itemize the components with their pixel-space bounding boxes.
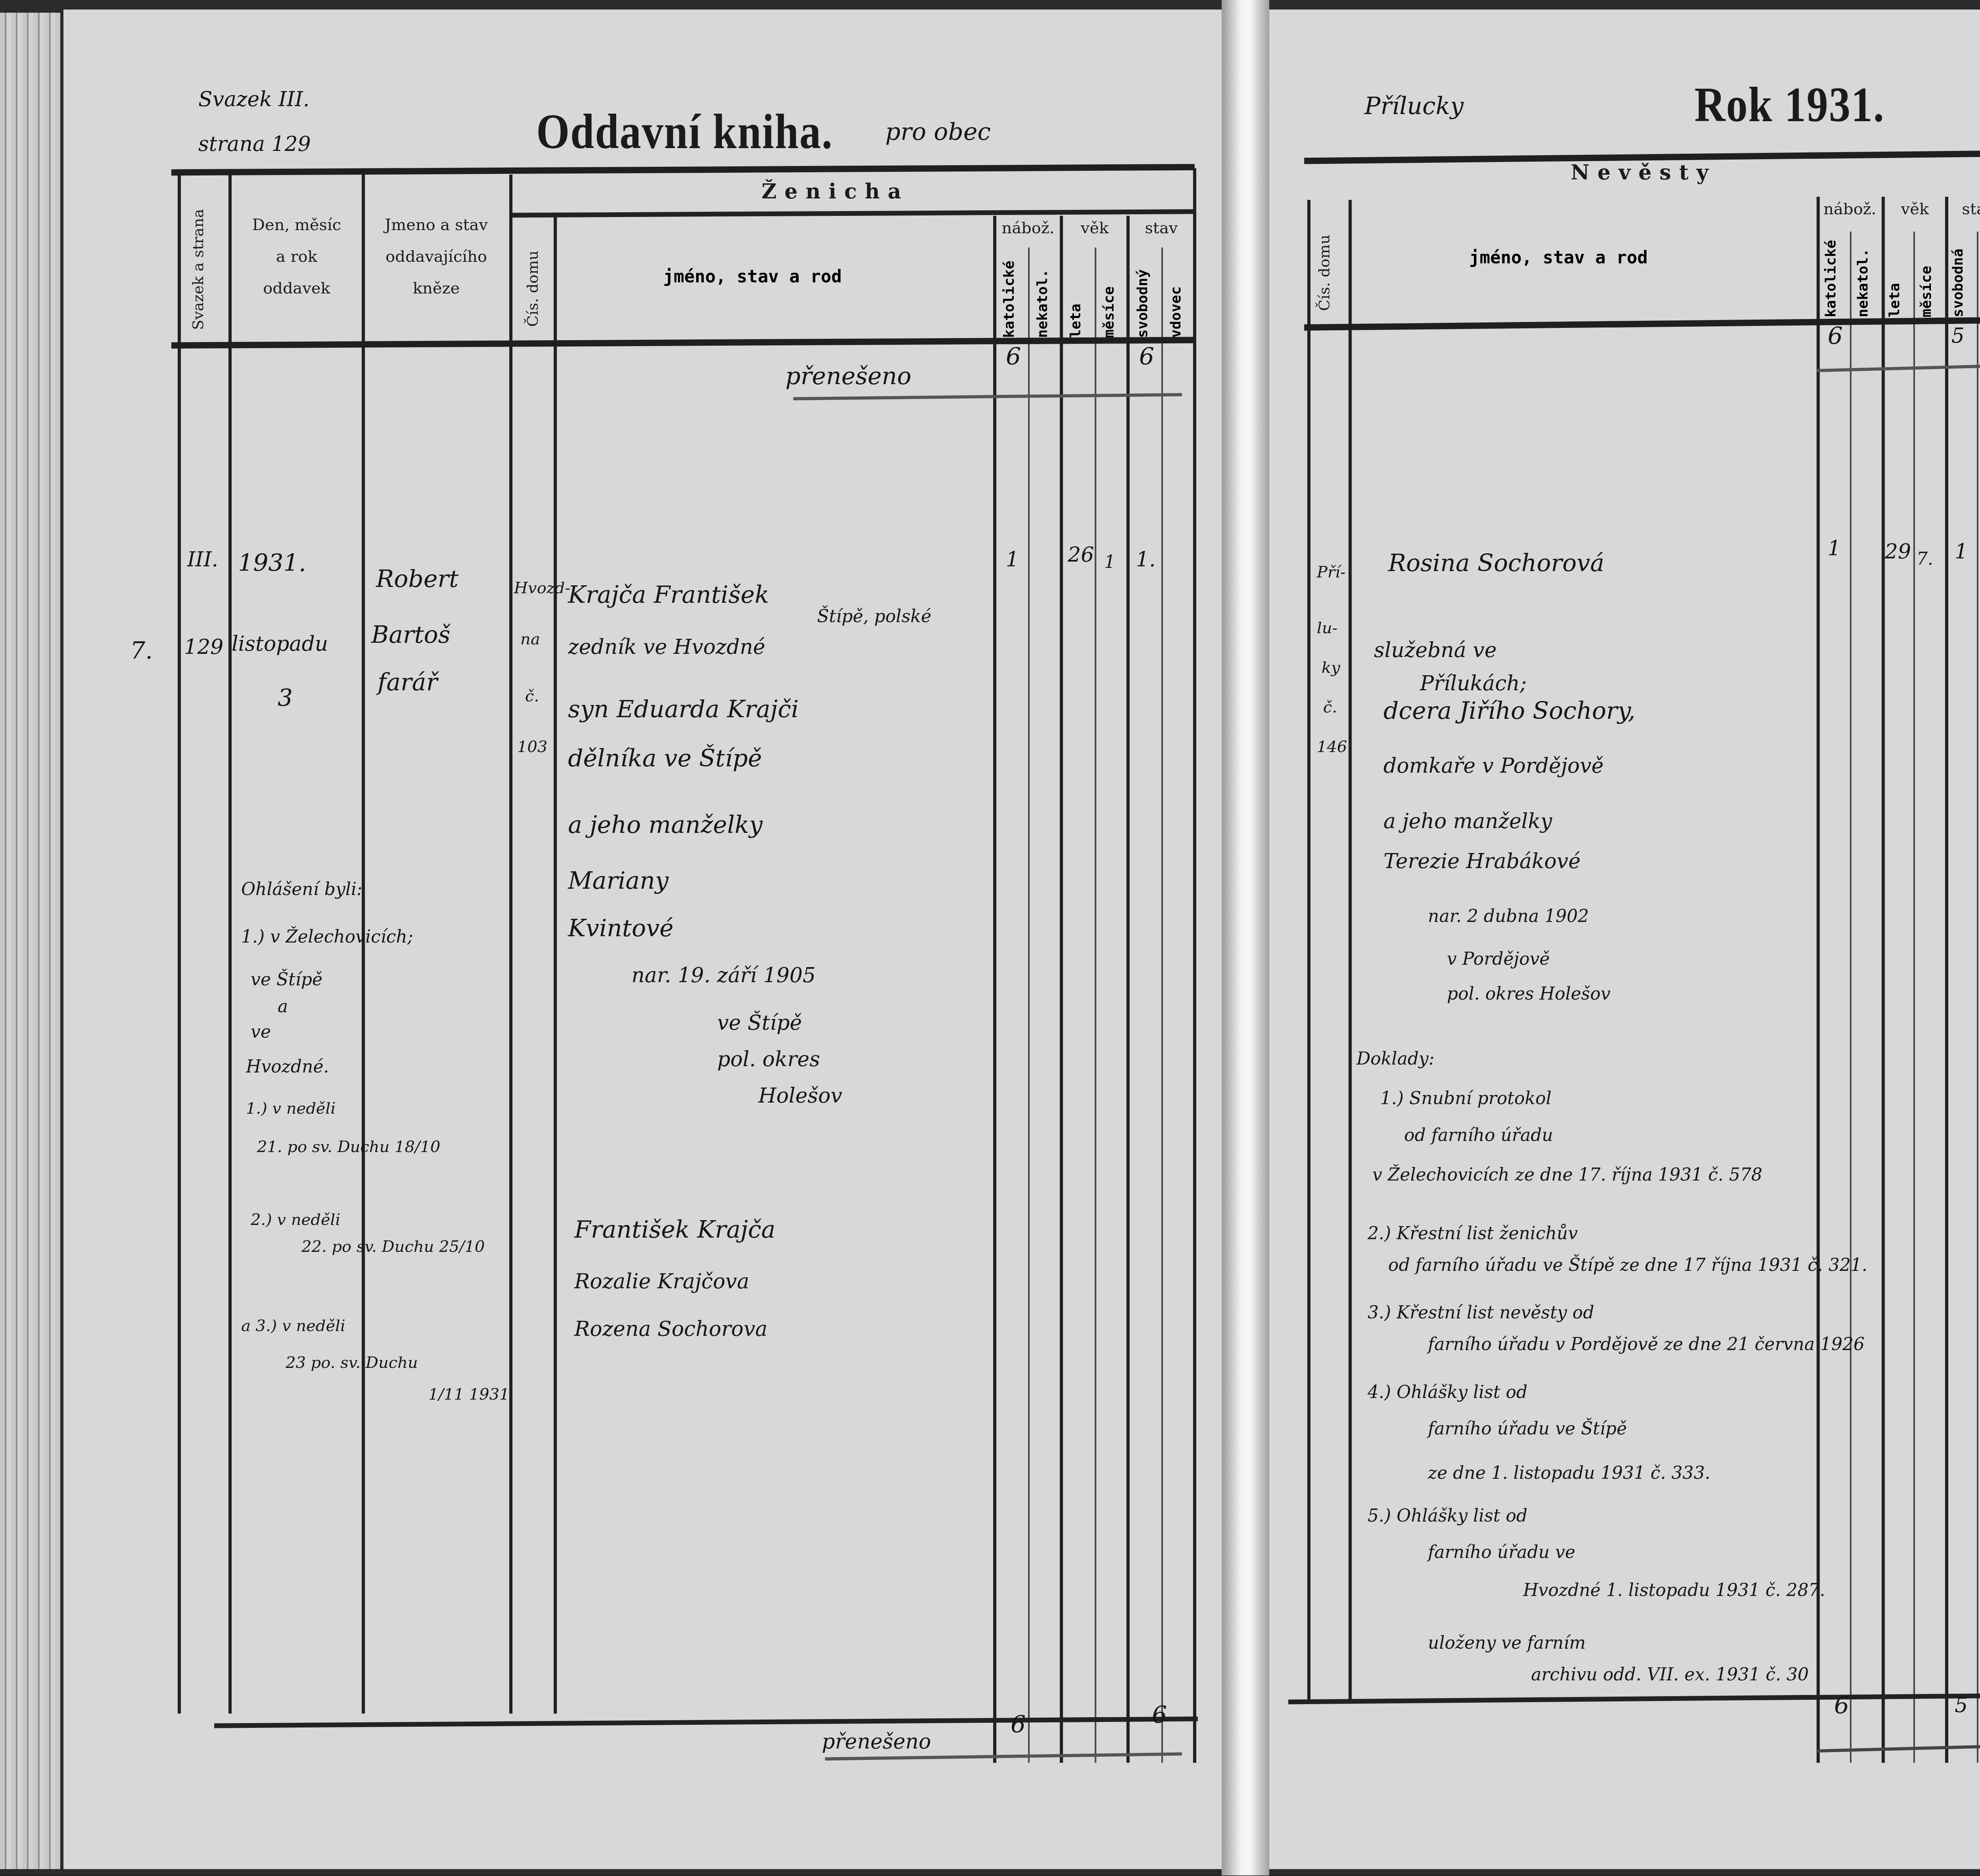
bride-catholic: 1 (1828, 538, 1841, 562)
documents-line: farního úřadu ve (1428, 1542, 1575, 1563)
documents-line: 1.) Snubní protokol (1380, 1088, 1552, 1109)
header-single: svobodný (1136, 255, 1152, 338)
groom-catholic: 1 (1006, 549, 1019, 573)
header-noncatholic: nekatol. (1856, 235, 1872, 317)
groom-line: ve Štípě (717, 1012, 802, 1036)
header-groom: Ženicha (762, 181, 909, 205)
banns-line: 1.) v Želechovicích; (241, 927, 413, 947)
groom-line: Holešov (758, 1085, 842, 1109)
register-spread: Svazek III. strana 129 Oddavní kniha. pr… (0, 0, 1980, 1876)
banns-line: a (278, 996, 288, 1017)
header-years: leta (1888, 276, 1904, 317)
groom-line: pol. okres (717, 1049, 820, 1072)
header-status: stav (1130, 219, 1193, 241)
carried-catholic: 6 (1006, 343, 1021, 371)
signature-groom: František Krajča (574, 1215, 775, 1244)
header-months: měsíce (1920, 251, 1936, 317)
documents-line: Doklady: (1356, 1049, 1434, 1069)
header-house-no: Čís. domu (525, 248, 543, 327)
house-line: lu- (1317, 621, 1337, 638)
documents-line: ze dne 1. listopadu 1931 č. 333. (1428, 1463, 1710, 1484)
col-line (993, 216, 996, 1763)
footer-rule (214, 1716, 1198, 1728)
total-single: 6 (1152, 1701, 1167, 1729)
entry-year: 1931. (238, 549, 306, 577)
bride-age-months: 7. (1917, 549, 1933, 569)
col-line (1913, 232, 1915, 1763)
entry-month: listopadu (232, 633, 328, 657)
header-single: svobodná (1951, 235, 1967, 317)
bride-single: 1 (1955, 541, 1968, 565)
documents-line: od farního úřadu (1404, 1125, 1553, 1146)
header-years: leta (1069, 295, 1085, 338)
banns-line: Hvozdné. (246, 1057, 329, 1077)
page-note: strana 129 (198, 133, 311, 157)
house-line: na (520, 632, 540, 649)
groom-line: Krajča František (568, 581, 769, 609)
bride-line: domkaře v Pordějově (1384, 755, 1604, 779)
documents-line: farního úřadu v Pordějově ze dne 21 červ… (1428, 1334, 1865, 1355)
documents-line: od farního úřadu ve Štípě ze dne 17 říjn… (1388, 1255, 1868, 1276)
col-line (1307, 200, 1310, 1699)
groom-single: 1. (1136, 549, 1156, 573)
col-line (178, 175, 181, 1714)
header-age: věk (1063, 219, 1126, 241)
banns-line: 1/11 1931 (428, 1387, 510, 1404)
col-line (1095, 248, 1096, 1763)
house-line: 103 (517, 739, 547, 757)
documents-line: archivu odd. VII. ex. 1931 č. 30 (1531, 1665, 1809, 1685)
groom-line: Štípě, polské (817, 606, 931, 627)
banns-line: 2.) v neděli (251, 1212, 340, 1230)
bride-line: služebná ve (1374, 640, 1497, 663)
bride-line: v Pordějově (1447, 949, 1550, 969)
title-suffix: pro obec (885, 117, 991, 146)
banns-line: Ohlášení byli: (241, 879, 362, 900)
header-age: věk (1883, 200, 1947, 222)
right-page: Přílucky Rok 1931. Nevěsty Svědkův Čís. … (1269, 10, 1980, 1869)
col-line (1193, 168, 1196, 1763)
priest-line: farář (378, 668, 438, 697)
groom-age-months: 1 (1104, 552, 1115, 573)
entry-page: 129 (184, 636, 223, 660)
total-label: přenešeno (822, 1731, 931, 1755)
header-noncatholic: nekatol. (1036, 255, 1052, 338)
book-gutter (1222, 0, 1269, 1876)
total-catholic: 6 (1011, 1710, 1026, 1739)
carried-forward-label: přenešeno (785, 362, 911, 390)
banns-line: 21. po sv. Duchu 18/10 (257, 1139, 440, 1157)
parish-note: Přílucky (1365, 92, 1464, 120)
house-line: ky (1321, 660, 1340, 678)
priest-line: Bartoš (371, 621, 450, 649)
documents-line: 5.) Ohlášky list od (1368, 1506, 1528, 1526)
col-line (1882, 197, 1885, 1763)
documents-line: Hvozdné 1. listopadu 1931 č. 287. (1523, 1580, 1825, 1601)
bride-line: pol. okres Holešov (1447, 984, 1611, 1004)
banns-line: ve Štípě (251, 969, 322, 990)
priest-line: Robert (376, 565, 459, 593)
col-line (554, 216, 557, 1714)
groom-line: nar. 19. září 1905 (632, 965, 816, 988)
bride-line: Přílukách; (1420, 673, 1527, 697)
volume-note: Svazek III. (198, 89, 310, 112)
groom-line: Mariany (568, 866, 668, 895)
col-line (1977, 232, 1978, 1763)
house-line: Hvozd- (514, 581, 570, 598)
banns-line: 23 po. sv. Duchu (286, 1355, 418, 1372)
groom-line: Kvintové (568, 914, 674, 943)
bride-line: dcera Jiřího Sochory, (1384, 697, 1635, 725)
banns-line: ve (251, 1022, 271, 1042)
col-line (1850, 232, 1851, 1763)
footer-rule (1288, 1689, 1980, 1704)
documents-line: 4.) Ohlášky list od (1368, 1382, 1528, 1403)
year-title: Rok 1931. (1694, 77, 1885, 134)
col-line (1060, 216, 1063, 1763)
house-line: 146 (1317, 739, 1347, 757)
groom-age-years: 26 (1068, 544, 1094, 568)
total-rule (1816, 1745, 1980, 1753)
groom-line: a jeho manželky (568, 811, 762, 839)
col-line (1816, 197, 1820, 1763)
header-top-rule (171, 164, 1195, 176)
header-catholic: katolické (1003, 255, 1019, 338)
header-months: měsíce (1102, 271, 1118, 338)
bride-line: a jeho manželky (1384, 811, 1552, 834)
header-name-status: jméno, stav a rod (1469, 248, 1648, 268)
carried-rule (1816, 364, 1980, 372)
header-religion: nábož. (996, 219, 1060, 241)
header-status: stav (1948, 200, 1980, 222)
signature-witness: Rozalie Krajčova (574, 1271, 749, 1295)
groom-line: dělníka ve Štípě (568, 744, 762, 773)
header-catholic: katolické (1824, 235, 1840, 317)
col-line (509, 175, 512, 1714)
documents-line: uloženy ve farním (1428, 1633, 1586, 1653)
col-line (1028, 248, 1030, 1763)
carried-catholic: 6 (1828, 322, 1843, 350)
col-line (1945, 197, 1948, 1763)
bride-line: Terezie Hrabákové (1384, 850, 1581, 874)
documents-line: v Želechovicích ze dne 17. října 1931 č.… (1373, 1165, 1763, 1185)
groom-rule (512, 209, 1195, 217)
col-line (1127, 216, 1130, 1763)
header-house-no: Čís. domu (1317, 232, 1334, 311)
total-single: 5 (1955, 1695, 1968, 1718)
entry-volume: III. (187, 549, 218, 573)
house-line: č. (1323, 700, 1337, 717)
col-line (1348, 200, 1352, 1699)
documents-line: farního úřadu ve Štípě (1428, 1419, 1627, 1439)
col-line (228, 175, 232, 1714)
documents-line: 3.) Křestní list nevěsty od (1368, 1303, 1594, 1323)
house-line: č. (525, 689, 539, 706)
groom-line: syn Eduarda Krajči (568, 695, 799, 724)
bride-line: nar. 2 dubna 1902 (1428, 906, 1589, 927)
header-date: Den, měsíc a rok oddavek (232, 216, 362, 301)
header-volume-page: Svazek a strana (190, 219, 208, 330)
header-name-status: jméno, stav a rod (663, 267, 842, 287)
carried-single: 6 (1139, 343, 1154, 371)
header-priest: Jmeno a stav oddavajícího kněze (365, 216, 508, 301)
bride-age-years: 29 (1885, 541, 1911, 565)
documents-line: 2.) Křestní list ženichův (1368, 1223, 1578, 1244)
banns-line: 22. po sv. Duchu 25/10 (301, 1239, 485, 1257)
header-bottom-rule (1304, 314, 1980, 331)
left-page: Svazek III. strana 129 Oddavní kniha. pr… (63, 10, 1230, 1869)
carried-single: 5 (1951, 325, 1965, 349)
banns-line: a 3.) v neděli (241, 1318, 345, 1336)
header-religion: nábož. (1818, 200, 1881, 222)
carried-rule (793, 393, 1182, 400)
header-widower: vdovec (1169, 271, 1185, 338)
col-line (1161, 248, 1163, 1763)
total-catholic: 6 (1834, 1691, 1849, 1720)
signature-witness: Rozena Sochorova (574, 1318, 767, 1342)
entry-day: 3 (278, 684, 293, 712)
page-edges-left (0, 13, 60, 1869)
header-bride: Nevěsty (1571, 162, 1716, 186)
house-line: Pří- (1317, 565, 1345, 582)
header-bottom-rule (171, 337, 1195, 349)
register-title: Oddavní kniha. (536, 104, 833, 161)
groom-line: zedník ve Hvozdné (568, 636, 765, 660)
banns-line: 1.) v neděli (246, 1101, 335, 1118)
bride-line: Rosina Sochorová (1388, 549, 1605, 577)
row-number: 7. (130, 636, 153, 665)
